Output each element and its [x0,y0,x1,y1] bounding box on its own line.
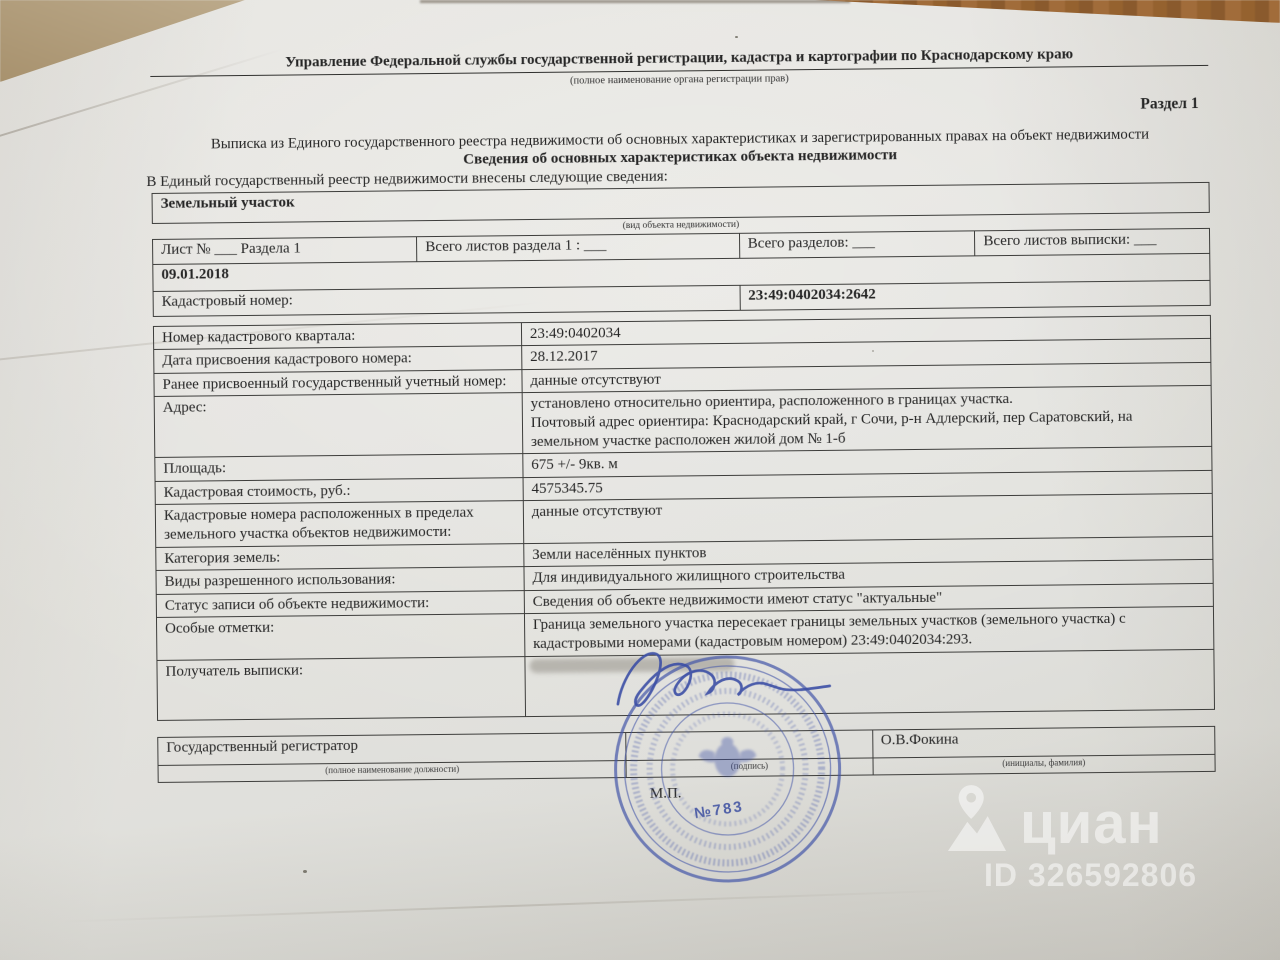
field-label: Адрес: [154,393,522,458]
paper-speck [735,36,738,38]
field-value: данные отсутствуют [523,494,1213,543]
paper-speck [303,870,307,873]
field-label: Получатель выписки: [157,656,525,721]
total-sheets-cell: Всего листов выписки: ___ [975,228,1210,255]
cadastral-number-label: Кадастровый номер: [153,285,740,316]
sheet-number-cell: Лист № ___ Раздела 1 [153,236,417,264]
watermark-id: ID 326592806 [984,857,1197,894]
total-sections-cell: Всего разделов: ___ [739,230,975,257]
stamp-emblem-icon [698,737,756,778]
field-label: Кадастровые номера расположенных в преде… [155,501,523,547]
document-page: Управление Федеральной службы государств… [150,38,1216,808]
stamp-number: №783 [693,798,745,822]
signature-scribble-icon [611,639,882,722]
sheet-info-table: Лист № ___ Раздела 1 Всего листов раздел… [152,227,1211,316]
field-label: Особые отметки: [156,614,524,660]
name-caption: (инициалы, фамилия) [873,755,1216,776]
paper-edge-shadow [420,0,850,3]
photo-of-egrn-extract: { "photo": { "paper_color": "#e2e1dc", "… [0,0,1280,960]
cian-watermark: циан ID 326592806 [946,783,1197,894]
watermark-logo-row: циан [946,783,1197,853]
sheets-in-section-cell: Всего листов раздела 1 : ___ [417,233,740,261]
table-row: Адрес: установлено относительно ориентир… [154,386,1212,458]
map-pin-mountains-icon [946,783,1008,853]
section-label: Раздел 1 [151,95,1209,124]
position-caption: (полное наименование должности) [158,761,626,783]
registrar-name: О.В.Фокина [872,727,1215,759]
field-value: установлено относительно ориентира, расп… [522,386,1212,454]
watermark-brand: циан [1020,795,1163,853]
cadastral-number-value: 23:49:0402034:2642 [740,280,1211,310]
